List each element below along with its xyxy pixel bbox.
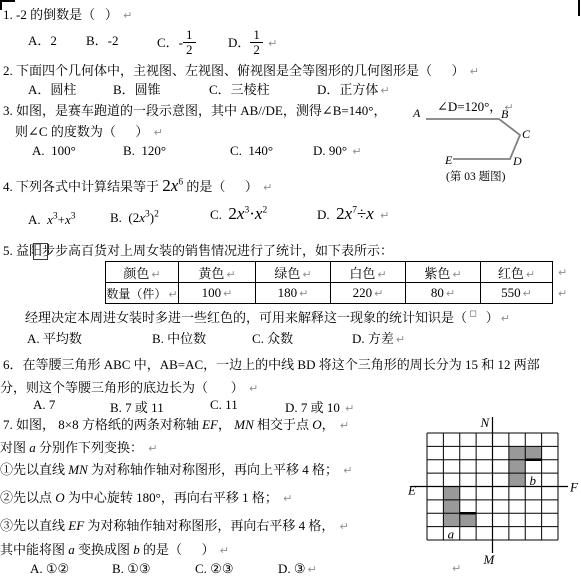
paragraph-mark: ↵ xyxy=(266,37,277,50)
paragraph-mark: ↵ xyxy=(247,382,258,395)
document-canvas[interactable]: 1. -2 的倒数是（ ） ↵ A．2 B．-2 C．-12 D．12 ↵ 2.… xyxy=(0,0,581,587)
superscript: 3 xyxy=(145,210,150,220)
table-data-row: 数量（件）↵ 100↵ 180↵ 220↵ 80↵ 550↵ xyxy=(106,283,553,304)
q1-option-b: B．-2 xyxy=(86,30,119,49)
shaded-cell xyxy=(443,487,459,500)
q1-option-d: D．12 ↵ xyxy=(228,30,277,58)
shape-label-b: b xyxy=(529,473,536,488)
table-anchor-box xyxy=(33,243,48,260)
paragraph-mark: ↵ xyxy=(350,145,361,158)
paragraph-mark: ↵ xyxy=(281,492,292,505)
paragraph-mark: ↵ xyxy=(378,209,389,222)
paragraph-mark: ↵ xyxy=(306,563,317,576)
italic-text: MN xyxy=(68,462,88,477)
q5-option-b: B. 中位数 xyxy=(152,328,206,347)
paragraph-mark: ↵ xyxy=(224,268,235,281)
q2-option-c: C．三棱柱 xyxy=(209,79,270,98)
q6-option-a: A. 7 xyxy=(33,397,55,413)
question-7-step3: ③先以直线 EF 为对称轴作轴对称图形，再向右平移 4 格， ↵ xyxy=(0,515,349,534)
q7-option-d: D. ③↵ xyxy=(278,561,317,577)
axis-label-M: M xyxy=(483,552,496,567)
racetrack-figure: ABCDE xyxy=(400,95,581,175)
paragraph-mark: ↵ xyxy=(221,287,232,300)
table-cell: 白色↵ xyxy=(331,262,406,283)
shaded-cell xyxy=(460,513,476,526)
question-7-step1: ①先以直线 MN 为对称轴作轴对称图形，再向上平移 4 格； ↵ xyxy=(0,459,353,478)
superscript: 7 xyxy=(352,205,357,215)
question-1-stem: 1. -2 的倒数是（ ） ↵ xyxy=(3,4,132,23)
paragraph-mark: ↵ xyxy=(297,287,308,300)
paragraph-mark: ↵ xyxy=(372,287,383,300)
paragraph-mark: ↵ xyxy=(166,288,177,301)
q6-option-c: C. 11 xyxy=(210,397,238,413)
q7-option-b: B. ①③ xyxy=(112,561,150,577)
q3-option-c: C. 140° xyxy=(230,143,273,159)
shaded-cell xyxy=(443,513,459,526)
paragraph-mark: ↵ xyxy=(338,419,349,432)
italic-text: MN xyxy=(234,417,254,432)
grid-figure: NMEFab xyxy=(405,400,581,585)
q1-option-a: A．2 xyxy=(28,30,57,49)
table-cell: 紫色↵ xyxy=(406,262,481,283)
superscript: 3 xyxy=(53,212,58,222)
question-3-stem: 3. 如图，是赛车跑道的一段示意图，其中 AB//DE，测得∠B=140°， xyxy=(3,100,386,119)
question-2-stem: 2. 下面四个几何体中，主视图、左视图、俯视图是全等图形的几何图形是（ ） ↵ xyxy=(3,60,479,79)
paragraph-mark: ↵ xyxy=(450,562,461,575)
q5-option-d: D. 方差↵ xyxy=(352,328,405,347)
italic-text: x xyxy=(366,204,374,223)
q4-option-b: B. (2x3)2 xyxy=(110,210,159,226)
italic-text: EF xyxy=(202,417,218,432)
option-expression: x3+x3 xyxy=(47,212,75,227)
question-6-line1: 6．在等腰三角形 ABC 中，AB=AC，一边上的中线 BD 将这个三角形的周长… xyxy=(3,354,540,373)
superscript: 2 xyxy=(154,210,159,220)
paragraph-mark: ↵ xyxy=(394,333,405,346)
q2-option-a: A．圆柱 xyxy=(28,79,76,98)
italic-text: O xyxy=(312,417,321,432)
paragraph-mark: ↵ xyxy=(521,287,532,300)
superscript: 2 xyxy=(262,205,267,215)
table-cell: 550↵ xyxy=(481,283,553,304)
vertex-label-A: A xyxy=(412,106,421,120)
paragraph-mark: ↵ xyxy=(152,126,163,139)
vertex-label-E: E xyxy=(444,153,453,167)
q2-option-b: B．圆锥 xyxy=(113,79,161,98)
q1-option-c: C．-12 xyxy=(157,30,196,58)
axis-label-F: F xyxy=(569,480,579,495)
paragraph-mark: ↵ xyxy=(524,268,535,281)
paragraph-mark: ↵ xyxy=(444,287,455,300)
vertex-label-B: B xyxy=(501,107,509,121)
superscript: 3 xyxy=(71,212,76,222)
vertex-label-D: D xyxy=(512,154,522,168)
table-cell: 颜色↵ xyxy=(106,262,179,283)
q5-option-c: C. 众数 xyxy=(252,328,293,347)
q4-expression: 2x6 xyxy=(162,176,183,195)
sales-table: 颜色↵ 黄色↵ 绿色↵ 白色↵ 紫色↵ 红色↵ 数量（件）↵ 100↵ 180↵… xyxy=(105,261,553,304)
paragraph-mark: ↵ xyxy=(450,268,461,281)
option-expression: (2x3)2 xyxy=(128,210,158,225)
question-5-analysis: 经理决定本周进女装时多进一些红色的，可用来解释这一现象的统计知识是（ □ ）↵ xyxy=(25,307,510,326)
table-cell: 180↵ xyxy=(256,283,331,304)
paragraph-mark: ↵ xyxy=(556,287,567,300)
q7-option-c: C. ②③ xyxy=(195,561,233,577)
table-cell: 80↵ xyxy=(406,283,481,304)
paragraph-mark: ↵ xyxy=(121,9,132,22)
italic-text: a xyxy=(68,542,75,557)
superscript: 3 xyxy=(244,205,249,215)
paragraph-mark: ↵ xyxy=(375,268,386,281)
paragraph-mark: ↵ xyxy=(149,268,160,281)
table-cell: 红色↵ xyxy=(481,262,553,283)
q7-option-a: A. ①② xyxy=(30,561,69,577)
q4-option-c: C. 2x3·x2 xyxy=(210,204,267,224)
q4-stem-post: 的是（ ） ↵ xyxy=(183,179,272,194)
option-label: B. xyxy=(110,210,128,225)
question-5-stem: 5. 益阳步步高百货对上周女装的销售情况进行了统计，如下表所示： xyxy=(3,240,393,259)
racetrack-path xyxy=(426,119,520,159)
q5-option-a: A. 平均数 xyxy=(27,328,82,347)
q4-stem-pre: 4. 下列各式中计算结果等于 xyxy=(3,179,162,194)
shaded-cell xyxy=(443,500,459,513)
q3-option-b: B. 120° xyxy=(123,143,166,159)
italic-text: a xyxy=(29,440,36,455)
italic-text: b xyxy=(133,542,140,557)
paragraph-mark: ↵ xyxy=(378,84,389,97)
paragraph-mark: ↵ xyxy=(261,181,272,194)
table-cell: 黄色↵ xyxy=(179,262,256,283)
paragraph-mark: ↵ xyxy=(556,266,567,279)
figure-3-caption: (第 03 题图) xyxy=(446,168,505,184)
paragraph-mark: ↵ xyxy=(499,312,510,325)
question-4-stem: 4. 下列各式中计算结果等于 2x6 的是（ ） ↵ xyxy=(3,176,272,196)
option-expression: 2x7÷x ↵ xyxy=(336,204,389,223)
option-expression: 2x3·x2 xyxy=(228,204,267,223)
table-cell: 100↵ xyxy=(179,283,256,304)
question-7-step2: ②先以点 O 为中心旋转 180°，再向右平移 1 格； ↵ xyxy=(0,487,292,506)
question-7-line1: 7. 如图， 8×8 方格纸的两条对称轴 EF， MN 相交于点 O， ↵ xyxy=(3,414,349,433)
fraction: 12 xyxy=(250,28,263,56)
q3-option-d: D. 90° ↵ xyxy=(313,143,362,159)
q2-option-d: D．正方体↵ xyxy=(317,79,390,98)
table-cell: 220↵ xyxy=(331,283,406,304)
superscript: □ xyxy=(470,310,476,320)
question-7-line2: 对图 a 分别作下列变换： ↵ xyxy=(0,437,158,456)
italic-text: O xyxy=(55,490,64,505)
q4-option-a: A. x3+x3 xyxy=(28,212,76,228)
fraction: 12 xyxy=(183,28,196,56)
table-cell: 数量（件）↵ xyxy=(106,283,179,304)
question-3-line2: 则∠C 的度数为（ ） ↵ xyxy=(15,121,163,140)
question-7-line6: 其中能将图 a 变换成图 b 的是（ ） ↵ xyxy=(0,539,229,558)
paragraph-mark: ↵ xyxy=(146,442,157,455)
paragraph-mark: ↵ xyxy=(341,464,352,477)
paragraph-mark: ↵ xyxy=(468,65,479,78)
table-header-row: 颜色↵ 黄色↵ 绿色↵ 白色↵ 紫色↵ 红色↵ xyxy=(106,262,553,283)
option-label: A. xyxy=(28,212,47,227)
paragraph-mark: ↵ xyxy=(218,544,229,557)
option-label: C. xyxy=(210,207,228,222)
italic-text: EF xyxy=(68,518,84,533)
shaded-cell xyxy=(525,446,541,459)
q4-option-d: D. 2x7÷x ↵ xyxy=(317,204,389,224)
shaded-cell xyxy=(509,446,525,459)
q3-option-a: A. 100° xyxy=(32,143,76,159)
shaded-cell xyxy=(509,473,525,486)
axis-label-E: E xyxy=(407,483,416,498)
table-cell: 绿色↵ xyxy=(256,262,331,283)
question-6-line2: 分，则这个等腰三角形的底边长为（ ） ↵ xyxy=(0,377,258,396)
vertex-label-C: C xyxy=(522,127,531,141)
axis-label-N: N xyxy=(480,415,491,430)
shaded-cell xyxy=(509,460,525,473)
paragraph-mark: ↵ xyxy=(300,268,311,281)
paragraph-mark: ↵ xyxy=(338,520,349,533)
shape-label-a: a xyxy=(448,526,455,541)
page-corner-mark-right xyxy=(578,0,580,16)
option-label: D. xyxy=(317,207,336,222)
